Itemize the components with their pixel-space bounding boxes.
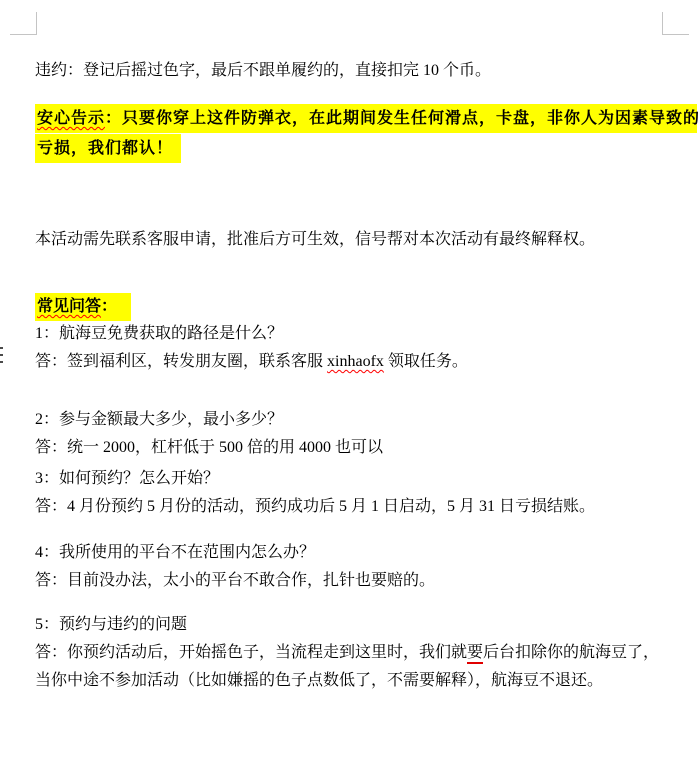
assurance-notice-line-1-rest: ：只要你穿上这件防弹衣，在此期间发生任何滑点，卡盘，非你人为因素导致的 bbox=[105, 110, 698, 127]
page-margin-mark-top-left bbox=[10, 12, 37, 35]
faq-heading: 常见问答： bbox=[35, 293, 131, 321]
faq-answer-5-line-1-post: 后台扣除你的航海豆了， bbox=[483, 644, 659, 661]
assurance-notice-line-2-text: 亏损，我们都认！ bbox=[35, 134, 181, 163]
faq-answer-3: 答：4 月份预约 5 月份的活动，预约成功后 5 月 1 日启动，5 月 31 … bbox=[35, 496, 694, 518]
faq-answer-5-marked-word: 要 bbox=[467, 644, 483, 664]
faq-question-5: 5：预约与违约的问题 bbox=[35, 614, 694, 636]
faq-heading-colon: ： bbox=[101, 298, 117, 315]
left-edge-clipped-text-artifact bbox=[0, 347, 3, 349]
document-page[interactable]: 违约：登记后摇过色字，最后不跟单履约的，直接扣完 10 个币。 安心告示：只要你… bbox=[0, 0, 698, 765]
faq-answer-1: 答：签到福利区，转发朋友圈，联系客服 xinhaofx 领取任务。 bbox=[35, 351, 694, 373]
page-margin-mark-top-right bbox=[662, 12, 689, 35]
faq-question-2: 2：参与金额最大多少，最小多少？ bbox=[35, 409, 694, 431]
faq-answer-5-line-2: 当你中途不参加活动（比如嫌摇的色子点数低了，不需要解释），航海豆不退还。 bbox=[35, 670, 694, 692]
faq-answer-5-line-1-pre: 答：你预约活动后，开始摇色子，当流程走到这里时，我们就 bbox=[35, 644, 467, 661]
intro-paragraph: 违约：登记后摇过色字，最后不跟单履约的，直接扣完 10 个币。 bbox=[35, 60, 694, 82]
assurance-notice-paragraph: 安心告示：只要你穿上这件防弹衣，在此期间发生任何滑点，卡盘，非你人为因素导致的 … bbox=[35, 104, 697, 164]
assurance-notice-lead-misspelled: 安心告示 bbox=[37, 110, 105, 127]
faq-answer-1-pre: 答：签到福利区，转发朋友圈，联系客服 bbox=[35, 353, 327, 370]
approval-note-paragraph: 本活动需先联系客服申请，批准后方可生效，信号帮对本次活动有最终解释权。 bbox=[35, 229, 694, 251]
assurance-notice-line-1: 安心告示：只要你穿上这件防弹衣，在此期间发生任何滑点，卡盘，非你人为因素导致的 bbox=[35, 104, 697, 133]
left-edge-clipped-text-artifact bbox=[0, 361, 3, 363]
faq-question-4: 4：我所使用的平台不在范围内怎么办？ bbox=[35, 542, 694, 564]
faq-answer-1-post: 领取任务。 bbox=[384, 353, 468, 370]
faq-question-3: 3：如何预约？怎么开始？ bbox=[35, 468, 694, 490]
assurance-notice-line-2: 亏损，我们都认！ bbox=[35, 134, 697, 164]
faq-answer-4: 答：目前没办法，太小的平台不敢合作，扎针也要赔的。 bbox=[35, 570, 694, 592]
faq-answer-2: 答：统一 2000，杠杆低于 500 倍的用 4000 也可以 bbox=[35, 437, 694, 459]
faq-answer-5-line-1: 答：你预约活动后，开始摇色子，当流程走到这里时，我们就要后台扣除你的航海豆了， bbox=[35, 642, 694, 664]
left-edge-clipped-text-artifact bbox=[0, 354, 3, 356]
faq-answer-1-handle-misspelled: xinhaofx bbox=[327, 353, 384, 370]
faq-question-1: 1：航海豆免费获取的路径是什么？ bbox=[35, 323, 694, 345]
faq-heading-misspelled: 常见问答 bbox=[37, 298, 101, 315]
